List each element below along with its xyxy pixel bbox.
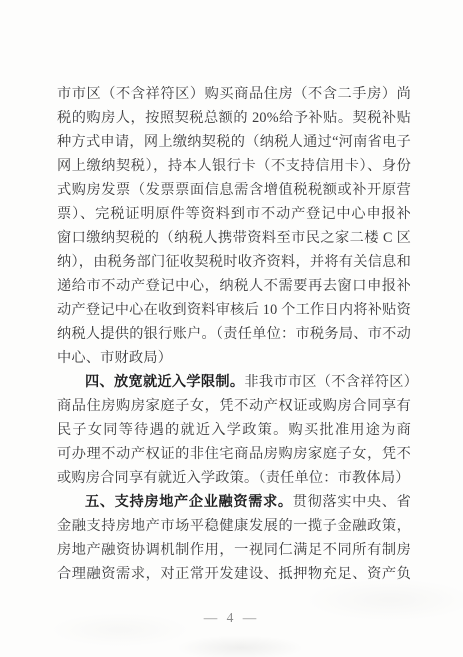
document-body: 市市区（不含祥符区）购买商品住房（不含二手房）尚未缴纳契税的购房人，按照契税总额… — [57, 82, 411, 586]
body-text: 金融支持房地产市场平稳健康发展的一揽子金融政策，充分发挥 — [57, 518, 411, 538]
body-text: 房地产融资协调机制作用，一视同仁满足不同所有制房地产企业 — [57, 542, 411, 562]
text-line: 市市区（不含祥符区）购买商品住房（不含二手房）尚未缴纳契 — [57, 82, 411, 106]
section-heading: 五、支持房地产企业融资需求。 — [85, 494, 293, 510]
text-line: 递给市不动产登记中心，纳税人不需要再去窗口申报补贴。市不 — [57, 274, 411, 298]
body-text: 种方式申请，网上缴纳契税的（纳税人通过“河南省电子税务局” — [57, 134, 411, 154]
text-line: 金融支持房地产市场平稳健康发展的一揽子金融政策，充分发挥 — [57, 514, 411, 538]
body-text: 税的购房人，按照契税总额的 20%给予补贴。契税补贴可通过两 — [57, 110, 411, 130]
text-line: 可办理不动产权证的非住宅商品房购房家庭子女，凭不动产权证 — [57, 442, 411, 466]
text-line: 四、放宽就近入学限制。非我市市区（不含祥符区）户口的 — [57, 370, 411, 394]
text-line: 中心、市财政局） — [57, 346, 411, 370]
text-line: 房地产融资协调机制作用，一视同仁满足不同所有制房地产企业 — [57, 538, 411, 562]
body-text: 市市区（不含祥符区）购买商品住房（不含二手房）尚未缴纳契 — [57, 86, 411, 106]
text-line: 动产登记中心在收到资料审核后 10 个工作日内将补贴资金转入 — [57, 298, 411, 322]
section-heading: 四、放宽就近入学限制。 — [85, 374, 244, 390]
page-number: — 4 — — [0, 610, 463, 626]
text-line: 种方式申请，网上缴纳契税的（纳税人通过“河南省电子税务局” — [57, 130, 411, 154]
body-text: 纳税人提供的银行账户。（责任单位：市税务局、市不动产登记 — [57, 326, 411, 346]
document-page: 市市区（不含祥符区）购买商品住房（不含二手房）尚未缴纳契税的购房人，按照契税总额… — [0, 0, 463, 657]
text-line: 纳税人提供的银行账户。（责任单位：市税务局、市不动产登记 — [57, 322, 411, 346]
body-text: 网上缴纳契税），持本人银行卡（不支持信用卡）、身份证、正 — [57, 158, 411, 178]
body-text: 商品住房购房家庭子女，凭不动产权证或购房合同享有与我市市 — [57, 398, 411, 418]
body-text: 窗口缴纳契税的（纳税人携带资料至市民之家二楼 C 区现场缴 — [57, 230, 411, 250]
text-line: 式购房发票（发票票面信息需含增值税税额或补开原营业税发 — [57, 178, 411, 202]
text-line: 或购房合同享有就近入学政策。（责任单位：市教体局） — [57, 466, 411, 490]
text-line: 网上缴纳契税），持本人银行卡（不支持信用卡）、身份证、正 — [57, 154, 411, 178]
body-text: 票）、完税证明原件等资料到市不动产登记中心申报补贴。线下 — [57, 206, 411, 226]
body-text: 或购房合同享有就近入学政策。（责任单位：市教体局） — [57, 470, 410, 486]
text-line: 五、支持房地产企业融资需求。贯彻落实中央、省关于促进 — [57, 490, 411, 514]
text-line: 商品住房购房家庭子女，凭不动产权证或购房合同享有与我市市 — [57, 394, 411, 418]
body-text: 中心、市财政局） — [57, 350, 172, 366]
body-text: 递给市不动产登记中心，纳税人不需要再去窗口申报补贴。市不 — [57, 278, 411, 298]
body-text: 合理融资需求，对正常开发建设、抵押物充足、资产负债合理、 — [57, 566, 411, 586]
text-line: 税的购房人，按照契税总额的 20%给予补贴。契税补贴可通过两 — [57, 106, 411, 130]
text-line: 窗口缴纳契税的（纳税人携带资料至市民之家二楼 C 区现场缴 — [57, 226, 411, 250]
text-line: 纳），由税务部门征收契税时收齐资料，并将有关信息和资料传 — [57, 250, 411, 274]
body-text: 民子女同等待遇的就近入学政策。购买批准用途为商业、商务且 — [57, 422, 411, 442]
body-text: 可办理不动产权证的非住宅商品房购房家庭子女，凭不动产权证 — [57, 446, 411, 466]
text-line: 票）、完税证明原件等资料到市不动产登记中心申报补贴。线下 — [57, 202, 411, 226]
body-text: 式购房发票（发票票面信息需含增值税税额或补开原营业税发 — [57, 182, 411, 202]
text-line: 合理融资需求，对正常开发建设、抵押物充足、资产负债合理、 — [57, 562, 411, 586]
body-text: 动产登记中心在收到资料审核后 10 个工作日内将补贴资金转入 — [57, 302, 411, 322]
text-line: 民子女同等待遇的就近入学政策。购买批准用途为商业、商务且 — [57, 418, 411, 442]
body-text: 纳），由税务部门征收契税时收齐资料，并将有关信息和资料传 — [57, 254, 411, 274]
